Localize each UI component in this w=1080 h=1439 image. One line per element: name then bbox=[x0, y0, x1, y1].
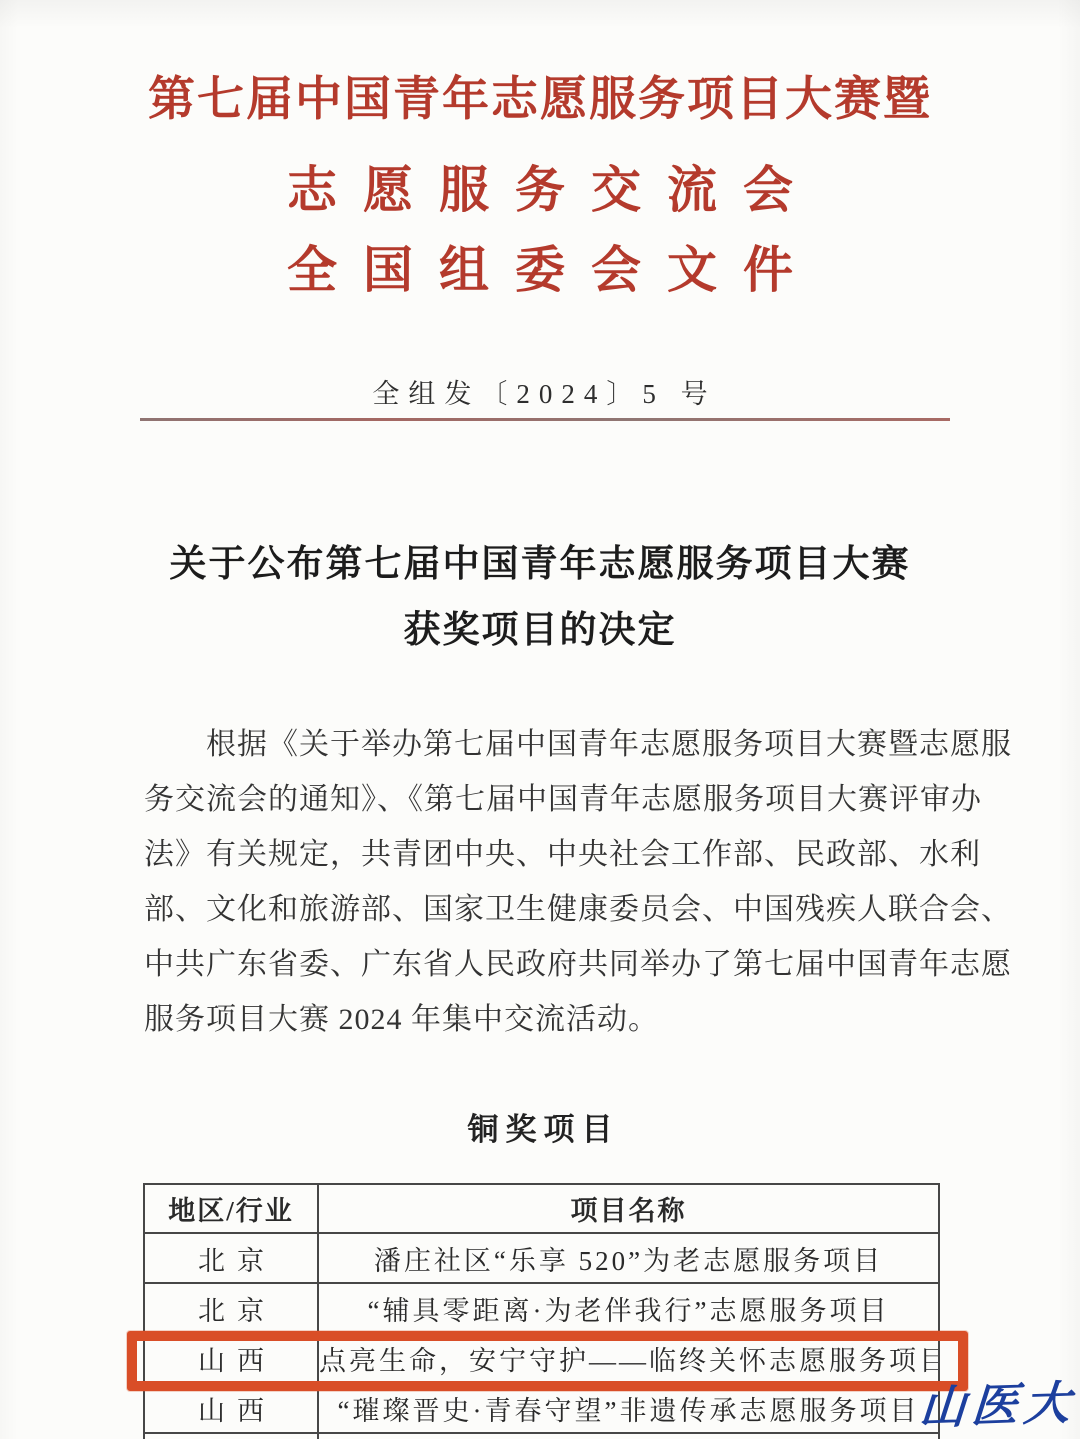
table-row: 北京 潘庄社区“乐享 520”为老志愿服务项目 bbox=[144, 1233, 939, 1283]
project-cell-empty bbox=[318, 1433, 939, 1439]
table-row-cutoff bbox=[144, 1433, 939, 1439]
region-cell: 山西 bbox=[144, 1333, 318, 1383]
document-page: 第七届中国青年志愿服务项目大赛暨 志愿服务交流会 全国组委会文件 全组发〔202… bbox=[0, 0, 1080, 1439]
table-row: 山西 “璀璨晋史·青春守望”非遗传承志愿服务项目 bbox=[144, 1383, 939, 1433]
table-row-highlighted: 山西 点亮生命，安宁守护——临终关怀志愿服务项目 bbox=[144, 1333, 939, 1383]
table-header-row: 地区/行业 项目名称 bbox=[144, 1184, 939, 1233]
document-title-line-1: 关于公布第七届中国青年志愿服务项目大赛 bbox=[0, 532, 1080, 598]
letterhead-line-2: 志愿服务交流会 bbox=[0, 150, 1080, 222]
section-heading-bronze-awards: 铜奖项目 bbox=[0, 1104, 1080, 1149]
body-line: 中共广东省委、广东省人民政府共同举办了第七届中国青年志愿 bbox=[144, 937, 936, 992]
body-line: 法》有关规定，共青团中央、中央社会工作部、民政部、水利 bbox=[144, 827, 936, 882]
watermark-logo: 山医大 bbox=[917, 1366, 1078, 1437]
project-cell: 潘庄社区“乐享 520”为老志愿服务项目 bbox=[318, 1233, 939, 1283]
document-title: 关于公布第七届中国青年志愿服务项目大赛 获奖项目的决定 bbox=[0, 532, 1080, 664]
body-line: 根据《关于举办第七届中国青年志愿服务项目大赛暨志愿服 bbox=[144, 717, 936, 772]
body-line: 服务项目大赛 2024 年集中交流活动。 bbox=[144, 992, 936, 1047]
table-row: 北京 “辅具零距离·为老伴我行”志愿服务项目 bbox=[144, 1283, 939, 1333]
region-cell: 北京 bbox=[144, 1283, 318, 1333]
column-header-project: 项目名称 bbox=[318, 1184, 939, 1233]
body-line: 部、文化和旅游部、国家卫生健康委员会、中国残疾人联合会、 bbox=[144, 882, 936, 937]
letterhead-line-1: 第七届中国青年志愿服务项目大赛暨 bbox=[0, 62, 1080, 129]
project-cell: 点亮生命，安宁守护——临终关怀志愿服务项目 bbox=[318, 1333, 939, 1383]
red-divider-line bbox=[140, 418, 950, 421]
body-line: 务交流会的通知》、《第七届中国青年志愿服务项目大赛评审办 bbox=[144, 772, 936, 827]
project-cell: “璀璨晋史·青春守望”非遗传承志愿服务项目 bbox=[318, 1383, 939, 1433]
body-paragraph: 根据《关于举办第七届中国青年志愿服务项目大赛暨志愿服 务交流会的通知》、《第七届… bbox=[144, 717, 936, 1047]
column-header-region: 地区/行业 bbox=[144, 1184, 318, 1233]
project-cell: “辅具零距离·为老伴我行”志愿服务项目 bbox=[318, 1283, 939, 1333]
award-table: 地区/行业 项目名称 北京 潘庄社区“乐享 520”为老志愿服务项目 北京 “辅… bbox=[143, 1183, 940, 1439]
region-cell: 山西 bbox=[144, 1383, 318, 1433]
region-cell: 北京 bbox=[144, 1233, 318, 1283]
document-title-line-2: 获奖项目的决定 bbox=[0, 598, 1080, 664]
region-cell-empty bbox=[144, 1433, 318, 1439]
document-number: 全组发〔2024〕5 号 bbox=[0, 372, 1080, 411]
letterhead-line-3: 全国组委会文件 bbox=[0, 230, 1080, 302]
